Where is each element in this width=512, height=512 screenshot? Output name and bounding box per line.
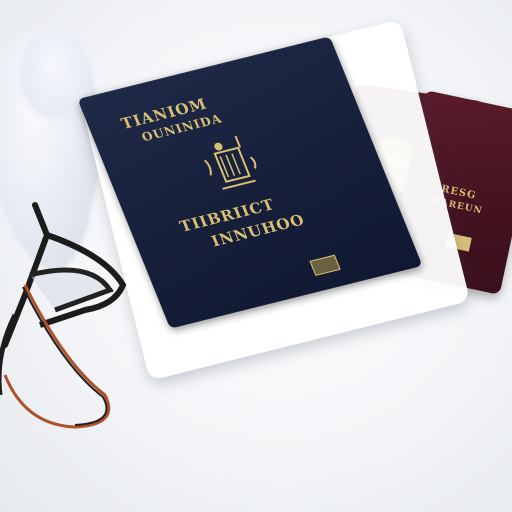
eyeglasses <box>0 195 135 435</box>
coat-of-arms-icon <box>192 130 272 199</box>
photo-scene: RESG KAREUN TIANIOM OUNINIDA TIIBRIICT I… <box>0 0 512 512</box>
biometric-chip-icon <box>309 255 340 276</box>
